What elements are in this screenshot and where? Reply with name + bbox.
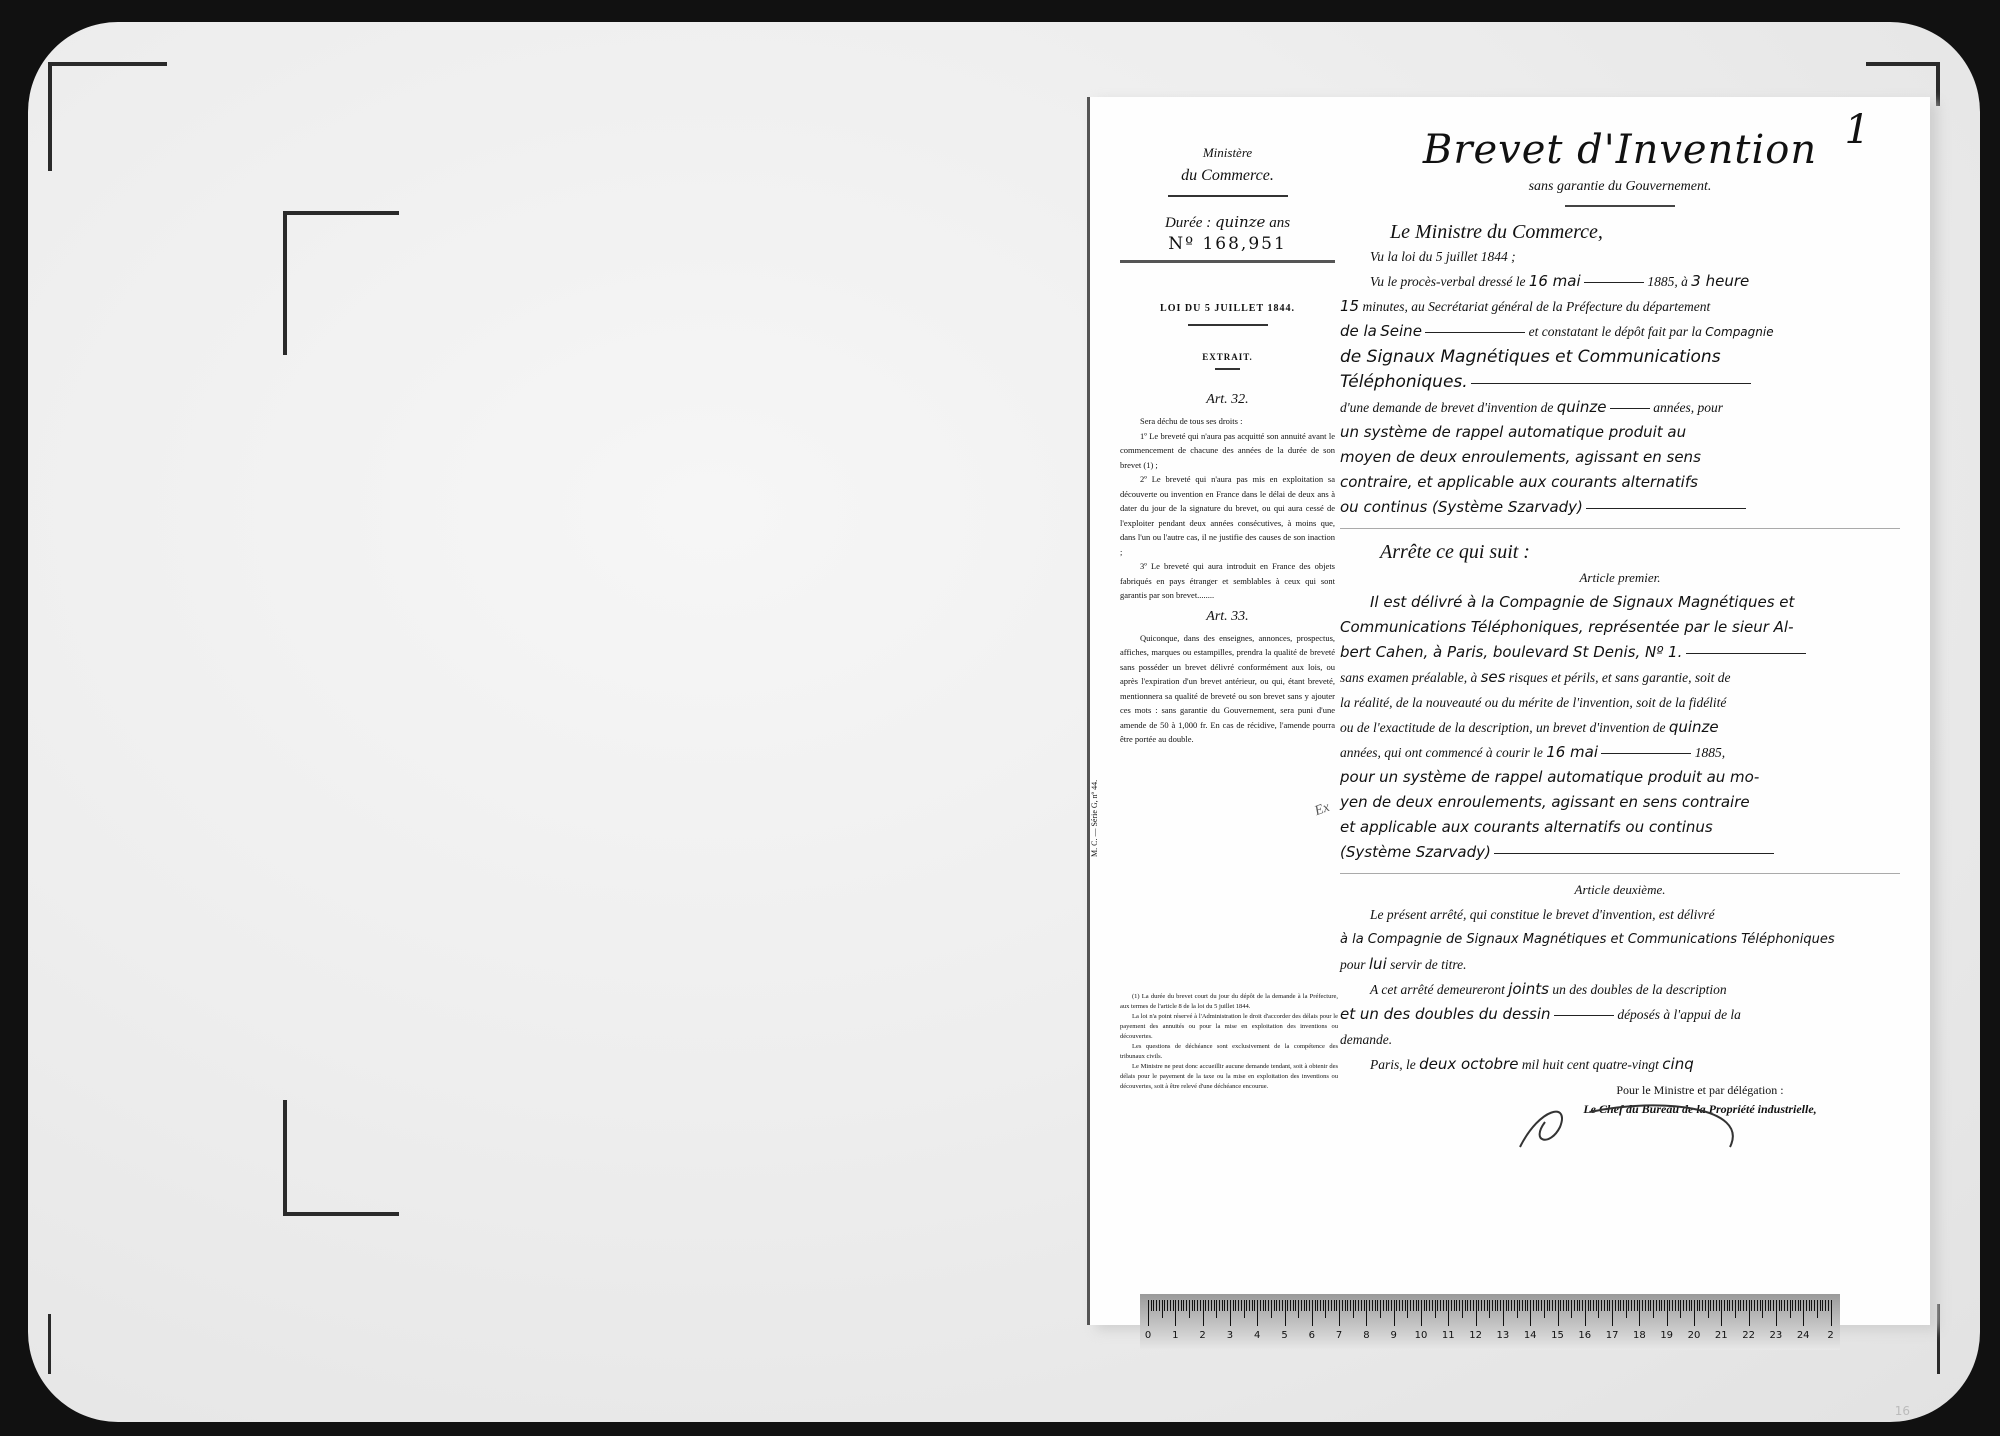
ruler-label: 16 bbox=[1578, 1330, 1591, 1341]
ornament-divider bbox=[1565, 205, 1675, 207]
article1-line: Communications Téléphoniques, représenté… bbox=[1340, 615, 1900, 640]
ruler-label: 8 bbox=[1363, 1330, 1369, 1341]
ruler-tick bbox=[1669, 1300, 1670, 1311]
footnotes: (1) La durée du brevet court du jour du … bbox=[1120, 992, 1338, 1092]
ruler-tick bbox=[1203, 1300, 1204, 1326]
pv-prefix: Vu le procès-verbal dressé le bbox=[1370, 274, 1525, 289]
article1-line-3: bert Cahen, à Paris, boulevard St Denis,… bbox=[1340, 640, 1900, 665]
article1-invention: (Système Szarvady) bbox=[1340, 843, 1491, 861]
separator bbox=[1340, 873, 1900, 874]
ruler-tick bbox=[1825, 1300, 1826, 1311]
ruler-tick bbox=[1582, 1300, 1583, 1311]
ruler-tick bbox=[1418, 1300, 1419, 1311]
print-text: sans examen préalable, à bbox=[1340, 670, 1477, 685]
ruler-tick bbox=[1399, 1300, 1400, 1311]
ruler-label: 21 bbox=[1715, 1330, 1728, 1341]
duration-unit: ans bbox=[1269, 215, 1290, 231]
ruler-label: 19 bbox=[1660, 1330, 1673, 1341]
ruler-tick bbox=[1822, 1300, 1823, 1311]
ruler-label: 6 bbox=[1309, 1330, 1315, 1341]
ruler-tick bbox=[1377, 1300, 1378, 1311]
hand-lui: lui bbox=[1369, 955, 1387, 973]
ruler-tick bbox=[1282, 1300, 1283, 1311]
ruler-tick bbox=[1831, 1300, 1832, 1326]
ruler-tick bbox=[1612, 1300, 1613, 1326]
ruler-tick bbox=[1547, 1300, 1548, 1311]
article-32-heading: Art. 32. bbox=[1120, 392, 1335, 408]
law-paragraph: Sera déchu de tous ses droits : bbox=[1120, 414, 1335, 429]
article-33-text: Quiconque, dans des enseignes, annonces,… bbox=[1120, 631, 1335, 747]
ruler-tick bbox=[1437, 1300, 1438, 1311]
article1-start: 16 mai bbox=[1546, 743, 1598, 761]
ruler-tick bbox=[1631, 1300, 1632, 1311]
ruler-tick bbox=[1391, 1300, 1392, 1311]
blank-line bbox=[1494, 853, 1774, 854]
ruler-tick bbox=[1568, 1300, 1569, 1311]
ruler-tick bbox=[1549, 1300, 1550, 1311]
ruler-tick bbox=[1309, 1300, 1310, 1311]
ruler-tick bbox=[1386, 1300, 1387, 1311]
ruler-tick bbox=[1306, 1300, 1307, 1311]
ruler-tick bbox=[1560, 1300, 1561, 1311]
ruler-tick bbox=[1331, 1300, 1332, 1311]
print-text: ou de l'exactitude de la description, un… bbox=[1340, 720, 1665, 735]
print-text: A cet arrêté demeureront bbox=[1370, 982, 1505, 997]
ruler-ticks: 0123456789101112131415161718192021222324… bbox=[1148, 1300, 1838, 1350]
ruler-tick bbox=[1279, 1300, 1280, 1311]
ruler-tick bbox=[1721, 1300, 1722, 1326]
pv-date: 16 mai bbox=[1529, 272, 1581, 290]
ruler-tick bbox=[1596, 1300, 1597, 1311]
ruler-label: 3 bbox=[1227, 1330, 1233, 1341]
ruler-tick bbox=[1238, 1300, 1239, 1311]
ruler-label: 24 bbox=[1797, 1330, 1810, 1341]
ruler-tick bbox=[1369, 1300, 1370, 1311]
depot-text: et constatant le dépôt fait par la bbox=[1529, 324, 1702, 339]
ruler-tick bbox=[1347, 1300, 1348, 1311]
ruler-tick bbox=[1653, 1300, 1654, 1318]
ruler-tick bbox=[1620, 1300, 1621, 1311]
ornament-divider bbox=[1168, 195, 1288, 197]
ruler-tick bbox=[1435, 1300, 1436, 1318]
ruler-tick bbox=[1249, 1300, 1250, 1311]
ruler-tick bbox=[1208, 1300, 1209, 1311]
ruler-label: 2 bbox=[1827, 1330, 1833, 1341]
blank-line bbox=[1584, 282, 1644, 283]
signature-mark bbox=[1500, 1097, 1760, 1157]
ruler-tick bbox=[1328, 1300, 1329, 1311]
ruler-tick bbox=[1189, 1300, 1190, 1318]
ruler-tick bbox=[1446, 1300, 1447, 1311]
ruler-tick bbox=[1680, 1300, 1681, 1318]
ruler-tick bbox=[1432, 1300, 1433, 1311]
ruler-tick bbox=[1162, 1300, 1163, 1318]
company-part2: de Signaux Magnétiques et Communications bbox=[1340, 345, 1900, 370]
ruler-tick bbox=[1710, 1300, 1711, 1311]
print-text: années, qui ont commencé à courir le bbox=[1340, 745, 1543, 760]
ruler-label: 17 bbox=[1606, 1330, 1619, 1341]
ruler-tick bbox=[1323, 1300, 1324, 1311]
ruler-tick bbox=[1514, 1300, 1515, 1311]
law-paragraph: 2º Le breveté qui n'aura pas mis en expl… bbox=[1120, 472, 1335, 559]
ruler-tick bbox=[1820, 1300, 1821, 1311]
ruler-tick bbox=[1216, 1300, 1217, 1318]
document-subtitle: sans garantie du Gouvernement. bbox=[1340, 179, 1900, 195]
ruler-tick bbox=[1364, 1300, 1365, 1311]
ruler-label: 2 bbox=[1199, 1330, 1205, 1341]
vu-proces-verbal: Vu le procès-verbal dressé le 16 mai 188… bbox=[1340, 269, 1900, 294]
ruler-tick bbox=[1762, 1300, 1763, 1318]
ruler-label: 20 bbox=[1688, 1330, 1701, 1341]
ruler-tick bbox=[1806, 1300, 1807, 1311]
ruler-tick bbox=[1770, 1300, 1771, 1311]
document-title: Brevet d'Invention bbox=[1340, 127, 1900, 173]
ruler-tick bbox=[1257, 1300, 1258, 1326]
ruler-tick bbox=[1691, 1300, 1692, 1311]
ruler-tick bbox=[1699, 1300, 1700, 1311]
ruler-tick bbox=[1552, 1300, 1553, 1311]
ruler-tick bbox=[1713, 1300, 1714, 1311]
article2-p4: demande. bbox=[1340, 1027, 1900, 1052]
ruler-tick bbox=[1811, 1300, 1812, 1311]
ruler-tick bbox=[1683, 1300, 1684, 1311]
corner-mark-bottom-left bbox=[48, 1314, 81, 1374]
ruler-tick bbox=[1200, 1300, 1201, 1311]
ruler-tick bbox=[1467, 1300, 1468, 1311]
ruler-tick bbox=[1366, 1300, 1367, 1326]
print-text: servir de titre. bbox=[1390, 957, 1466, 972]
ruler-tick bbox=[1506, 1300, 1507, 1311]
ruler-tick bbox=[1407, 1300, 1408, 1318]
ruler-label: 1 bbox=[1172, 1330, 1178, 1341]
ruler-tick bbox=[1626, 1300, 1627, 1318]
ruler-tick bbox=[1164, 1300, 1165, 1311]
ruler-tick bbox=[1511, 1300, 1512, 1311]
ruler-label: 23 bbox=[1770, 1330, 1783, 1341]
ruler-tick bbox=[1252, 1300, 1253, 1311]
margin-note: Ex bbox=[1313, 800, 1332, 820]
footnote: La loi n'a point réservé à l'Administrat… bbox=[1120, 1012, 1338, 1042]
ruler-tick bbox=[1517, 1300, 1518, 1318]
date-mid: mil huit cent quatre-vingt bbox=[1522, 1057, 1659, 1072]
ruler-tick bbox=[1274, 1300, 1275, 1311]
ruler-tick bbox=[1194, 1300, 1195, 1311]
ruler-tick bbox=[1525, 1300, 1526, 1311]
ruler-tick bbox=[1448, 1300, 1449, 1326]
vu-proces-verbal-2: 15 minutes, au Secrétariat général de la… bbox=[1340, 294, 1900, 319]
ruler-label: 12 bbox=[1469, 1330, 1482, 1341]
ruler-tick bbox=[1751, 1300, 1752, 1311]
department-prefix: de la bbox=[1340, 322, 1377, 340]
hand-ses: ses bbox=[1481, 668, 1506, 686]
ruler-tick bbox=[1339, 1300, 1340, 1326]
ruler-tick bbox=[1781, 1300, 1782, 1311]
ruler-tick bbox=[1522, 1300, 1523, 1311]
ruler-tick bbox=[1558, 1300, 1559, 1326]
ruler-tick bbox=[1609, 1300, 1610, 1311]
ruler-tick bbox=[1175, 1300, 1176, 1326]
measurement-ruler: 0123456789101112131415161718192021222324… bbox=[1140, 1294, 1840, 1350]
duration-field: Durée : quinze ans bbox=[1120, 213, 1335, 232]
ruler-tick bbox=[1776, 1300, 1777, 1326]
right-column: Brevet d'Invention sans garantie du Gouv… bbox=[1340, 122, 1900, 1117]
extract-heading: EXTRAIT. bbox=[1120, 352, 1335, 362]
pv-year: 1885, à bbox=[1647, 274, 1688, 289]
form-code: M. C. — Série G, nº 44. bbox=[1090, 780, 1099, 857]
ruler-tick bbox=[1459, 1300, 1460, 1311]
ruler-tick bbox=[1241, 1300, 1242, 1311]
blank-line bbox=[1586, 508, 1746, 509]
ruler-tick bbox=[1178, 1300, 1179, 1311]
pv-minutes: 15 bbox=[1340, 297, 1359, 315]
article1-print-4: ou de l'exactitude de la description, un… bbox=[1340, 715, 1900, 740]
ruler-tick bbox=[1667, 1300, 1668, 1326]
ruler-tick bbox=[1740, 1300, 1741, 1311]
ruler-tick bbox=[1394, 1300, 1395, 1326]
ruler-tick bbox=[1732, 1300, 1733, 1311]
footnote: (1) La durée du brevet court du jour du … bbox=[1120, 992, 1338, 1012]
ruler-tick bbox=[1492, 1300, 1493, 1311]
patent-number: Nº 168,951 bbox=[1120, 234, 1335, 254]
ruler-tick bbox=[1495, 1300, 1496, 1311]
ruler-tick bbox=[1678, 1300, 1679, 1311]
ruler-tick bbox=[1828, 1300, 1829, 1311]
print-text: déposés à l'appui de la bbox=[1617, 1007, 1741, 1022]
signature-line1: Pour le Ministre et par délégation : bbox=[1500, 1083, 1900, 1098]
frame-label: 16 bbox=[1895, 1404, 1910, 1418]
ruler-tick bbox=[1800, 1300, 1801, 1311]
article1-invention: pour un système de rappel automatique pr… bbox=[1340, 765, 1900, 790]
ruler-tick bbox=[1817, 1300, 1818, 1318]
ministry-line1: Ministère bbox=[1120, 145, 1335, 161]
ruler-tick bbox=[1224, 1300, 1225, 1311]
article1-year: 1885, bbox=[1695, 745, 1725, 760]
ruler-tick bbox=[1285, 1300, 1286, 1326]
date-day: deux octobre bbox=[1419, 1055, 1518, 1073]
demande-suffix: années, pour bbox=[1653, 400, 1723, 415]
ruler-tick bbox=[1577, 1300, 1578, 1311]
pv-hour: 3 heure bbox=[1691, 272, 1749, 290]
ruler-tick bbox=[1618, 1300, 1619, 1311]
ruler-tick bbox=[1156, 1300, 1157, 1311]
demande-prefix: d'une demande de brevet d'invention de bbox=[1340, 400, 1553, 415]
footnote: Le Ministre ne peut donc accueillir aucu… bbox=[1120, 1062, 1338, 1092]
ruler-tick bbox=[1664, 1300, 1665, 1311]
ruler-tick bbox=[1686, 1300, 1687, 1311]
short-rule bbox=[1215, 368, 1240, 370]
date-prefix: Paris, le bbox=[1370, 1057, 1416, 1072]
ruler-tick bbox=[1639, 1300, 1640, 1326]
ruler-tick bbox=[1497, 1300, 1498, 1311]
ruler-tick bbox=[1593, 1300, 1594, 1311]
ruler-tick bbox=[1183, 1300, 1184, 1311]
ruler-tick bbox=[1694, 1300, 1695, 1326]
duration-value: quinze bbox=[1215, 213, 1266, 231]
ruler-tick bbox=[1656, 1300, 1657, 1311]
ruler-tick bbox=[1773, 1300, 1774, 1311]
article1-print-3: la réalité, de la nouveauté ou du mérite… bbox=[1340, 690, 1900, 715]
duration-label: Durée : bbox=[1165, 215, 1211, 231]
ruler-label: 5 bbox=[1281, 1330, 1287, 1341]
ruler-tick bbox=[1563, 1300, 1564, 1311]
ruler-tick bbox=[1429, 1300, 1430, 1311]
ruler-tick bbox=[1325, 1300, 1326, 1318]
invention-line: un système de rappel automatique produit… bbox=[1340, 420, 1900, 445]
ruler-tick bbox=[1601, 1300, 1602, 1311]
ornament-divider bbox=[1188, 324, 1268, 326]
ruler-tick bbox=[1167, 1300, 1168, 1311]
blank-line bbox=[1610, 408, 1650, 409]
ruler-tick bbox=[1355, 1300, 1356, 1311]
ruler-tick bbox=[1388, 1300, 1389, 1311]
ruler-tick bbox=[1361, 1300, 1362, 1311]
ruler-tick bbox=[1705, 1300, 1706, 1311]
ruler-tick bbox=[1754, 1300, 1755, 1311]
ruler-tick bbox=[1484, 1300, 1485, 1311]
ruler-tick bbox=[1598, 1300, 1599, 1318]
ruler-tick bbox=[1320, 1300, 1321, 1311]
hand-dessin: et un des doubles du dessin bbox=[1340, 1005, 1551, 1023]
law-paragraph: 1º Le breveté qui n'aura pas acquitté so… bbox=[1120, 429, 1335, 473]
article2-p1-end: pour lui servir de titre. bbox=[1340, 952, 1900, 977]
ruler-tick bbox=[1661, 1300, 1662, 1311]
ruler-tick bbox=[1186, 1300, 1187, 1311]
ruler-tick bbox=[1607, 1300, 1608, 1311]
ruler-tick bbox=[1746, 1300, 1747, 1311]
ruler-tick bbox=[1353, 1300, 1354, 1318]
ruler-tick bbox=[1768, 1300, 1769, 1311]
ruler-tick bbox=[1541, 1300, 1542, 1311]
ruler-tick bbox=[1350, 1300, 1351, 1311]
ruler-tick bbox=[1487, 1300, 1488, 1311]
ruler-tick bbox=[1358, 1300, 1359, 1311]
ruler-tick bbox=[1604, 1300, 1605, 1311]
ruler-tick bbox=[1724, 1300, 1725, 1311]
ruler-tick bbox=[1315, 1300, 1316, 1311]
ruler-tick bbox=[1476, 1300, 1477, 1326]
ruler-tick bbox=[1790, 1300, 1791, 1318]
ruler-tick bbox=[1588, 1300, 1589, 1311]
ruler-tick bbox=[1574, 1300, 1575, 1311]
company-part1: Compagnie bbox=[1705, 325, 1773, 339]
ruler-label: 14 bbox=[1524, 1330, 1537, 1341]
invention-line: ou continus (Système Szarvady) bbox=[1340, 498, 1583, 516]
ruler-label: 13 bbox=[1497, 1330, 1510, 1341]
ruler-tick bbox=[1719, 1300, 1720, 1311]
article1-line: bert Cahen, à Paris, boulevard St Denis,… bbox=[1340, 643, 1682, 661]
ruler-tick bbox=[1809, 1300, 1810, 1311]
ruler-tick bbox=[1708, 1300, 1709, 1318]
ruler-tick bbox=[1383, 1300, 1384, 1311]
ruler-tick bbox=[1233, 1300, 1234, 1311]
vu-loi: Vu la loi du 5 juillet 1844 ; bbox=[1340, 244, 1900, 269]
blank-line bbox=[1601, 753, 1691, 754]
article2-p2: A cet arrêté demeureront joints un des d… bbox=[1340, 977, 1900, 1002]
ruler-tick bbox=[1298, 1300, 1299, 1318]
invention-line: moyen de deux enroulements, agissant en … bbox=[1340, 445, 1900, 470]
ruler-tick bbox=[1375, 1300, 1376, 1311]
ruler-tick bbox=[1729, 1300, 1730, 1311]
ruler-tick bbox=[1312, 1300, 1313, 1326]
ruler-tick bbox=[1555, 1300, 1556, 1311]
invention-line: contraire, et applicable aux courants al… bbox=[1340, 470, 1900, 495]
ruler-label: 10 bbox=[1415, 1330, 1428, 1341]
ruler-tick bbox=[1645, 1300, 1646, 1311]
ruler-tick bbox=[1795, 1300, 1796, 1311]
thick-rule bbox=[1120, 260, 1335, 263]
department: Seine bbox=[1380, 322, 1422, 340]
ruler-tick bbox=[1642, 1300, 1643, 1311]
ruler-tick bbox=[1260, 1300, 1261, 1311]
ruler-tick bbox=[1214, 1300, 1215, 1311]
ruler-tick bbox=[1271, 1300, 1272, 1318]
ruler-tick bbox=[1192, 1300, 1193, 1311]
ruler-tick bbox=[1230, 1300, 1231, 1326]
ruler-tick bbox=[1148, 1300, 1149, 1326]
ruler-tick bbox=[1170, 1300, 1171, 1311]
ruler-tick bbox=[1585, 1300, 1586, 1326]
article-33-heading: Art. 33. bbox=[1120, 609, 1335, 625]
ruler-tick bbox=[1396, 1300, 1397, 1311]
demande-duration: quinze bbox=[1557, 398, 1607, 416]
ruler-tick bbox=[1672, 1300, 1673, 1311]
ruler-tick bbox=[1637, 1300, 1638, 1311]
ruler-tick bbox=[1749, 1300, 1750, 1326]
ruler-tick bbox=[1342, 1300, 1343, 1311]
ruler-tick bbox=[1634, 1300, 1635, 1311]
ruler-tick bbox=[1462, 1300, 1463, 1318]
print-text: un des doubles de la description bbox=[1552, 982, 1726, 997]
ruler-tick bbox=[1443, 1300, 1444, 1311]
hand-joints: joints bbox=[1508, 980, 1549, 998]
ruler-tick bbox=[1301, 1300, 1302, 1311]
ruler-tick bbox=[1716, 1300, 1717, 1311]
ruler-tick bbox=[1814, 1300, 1815, 1311]
separator bbox=[1340, 528, 1900, 529]
ruler-tick bbox=[1268, 1300, 1269, 1311]
ruler-tick bbox=[1536, 1300, 1537, 1311]
ruler-tick bbox=[1623, 1300, 1624, 1311]
ruler-label: 22 bbox=[1742, 1330, 1755, 1341]
ruler-tick bbox=[1478, 1300, 1479, 1311]
ruler-tick bbox=[1765, 1300, 1766, 1311]
ruler-tick bbox=[1276, 1300, 1277, 1311]
ruler-label: 11 bbox=[1442, 1330, 1455, 1341]
ruler-tick bbox=[1246, 1300, 1247, 1311]
ruler-tick bbox=[1380, 1300, 1381, 1318]
invention-line-last: ou continus (Système Szarvady) bbox=[1340, 495, 1900, 520]
ruler-tick bbox=[1489, 1300, 1490, 1318]
article1-invention-last: (Système Szarvady) bbox=[1340, 840, 1900, 865]
ruler-tick bbox=[1579, 1300, 1580, 1311]
ruler-tick bbox=[1784, 1300, 1785, 1311]
ruler-tick bbox=[1410, 1300, 1411, 1311]
ruler-tick bbox=[1689, 1300, 1690, 1311]
blank-line bbox=[1686, 653, 1806, 654]
article1-print-5: années, qui ont commencé à courir le 16 … bbox=[1340, 740, 1900, 765]
ruler-tick bbox=[1222, 1300, 1223, 1311]
ruler-tick bbox=[1508, 1300, 1509, 1311]
article-32-text: Sera déchu de tous ses droits : 1º Le br… bbox=[1120, 414, 1335, 603]
company-part3: Téléphoniques. bbox=[1340, 372, 1468, 392]
ruler-tick bbox=[1538, 1300, 1539, 1311]
ruler-tick bbox=[1440, 1300, 1441, 1311]
article1-print-1: sans examen préalable, à ses risques et … bbox=[1340, 665, 1900, 690]
ruler-tick bbox=[1456, 1300, 1457, 1311]
law-paragraph: Quiconque, dans des enseignes, annonces,… bbox=[1120, 631, 1335, 747]
ruler-tick bbox=[1571, 1300, 1572, 1318]
ruler-tick bbox=[1265, 1300, 1266, 1311]
